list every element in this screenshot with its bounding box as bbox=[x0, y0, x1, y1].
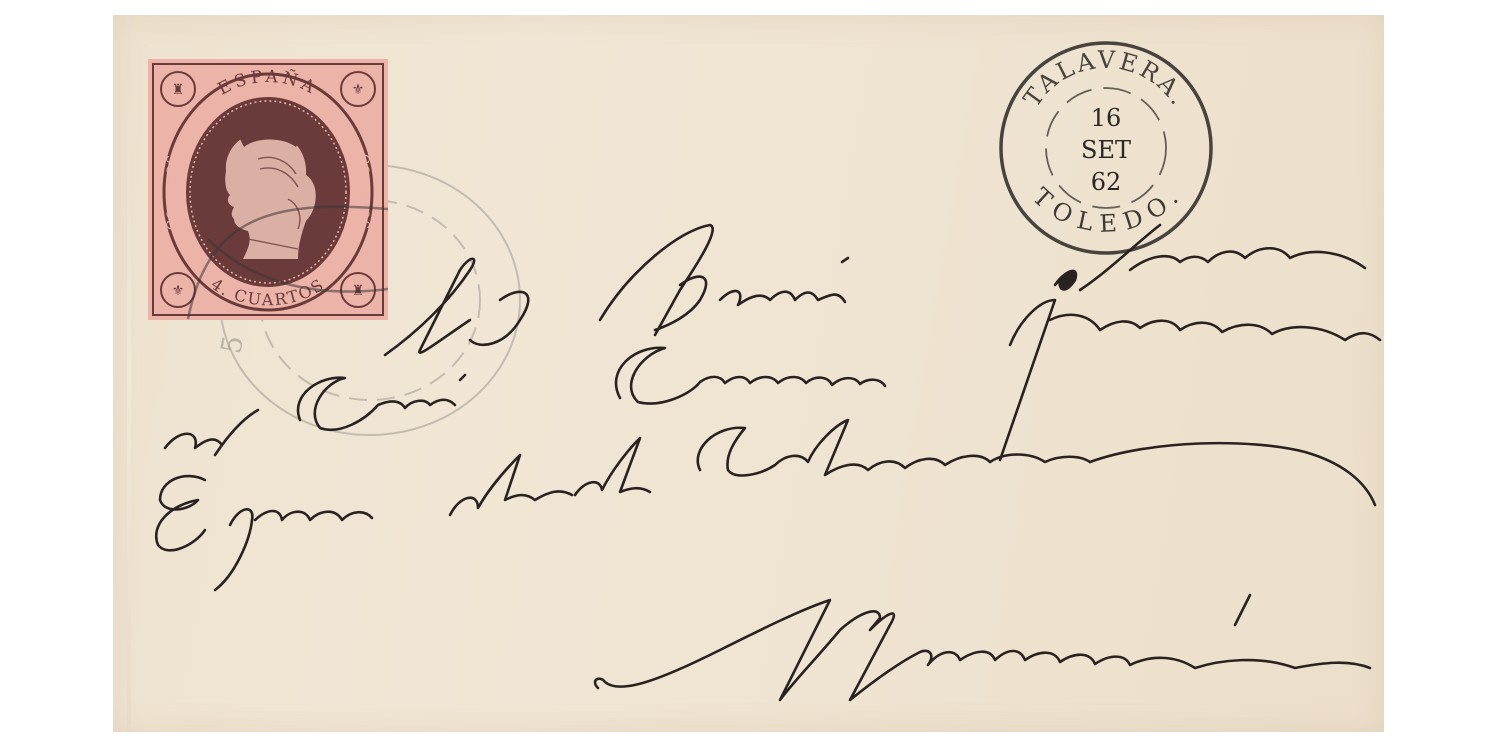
svg-text:16: 16 bbox=[1091, 104, 1122, 132]
svg-text:⚜: ⚜ bbox=[172, 283, 185, 299]
svg-text:♜: ♜ bbox=[172, 82, 185, 98]
svg-text:5: 5 bbox=[214, 333, 250, 356]
address-text: Sr. D. Bartolomé Abril al Comº. Comercio… bbox=[0, 0, 1, 1]
svg-text:62: 62 bbox=[1091, 168, 1122, 196]
svg-text:⚜: ⚜ bbox=[352, 82, 365, 98]
svg-text:SET: SET bbox=[1081, 136, 1131, 164]
address-line-1: Sr. D. Bartolomé Abril bbox=[0, 0, 1, 1]
svg-text:TALAVERA.: TALAVERA. bbox=[1018, 46, 1194, 112]
svg-text:CORREOS: CORREOS bbox=[356, 154, 371, 230]
postmark: TALAVERA. TOLEDO. 16 SET 62 bbox=[996, 38, 1216, 258]
svg-text:CORREOS: CORREOS bbox=[165, 154, 180, 230]
postage-stamp: ♜⚜ ⚜♜ ESPAÑA 4. CUARTOS CORREOS CORREOS bbox=[148, 59, 388, 320]
